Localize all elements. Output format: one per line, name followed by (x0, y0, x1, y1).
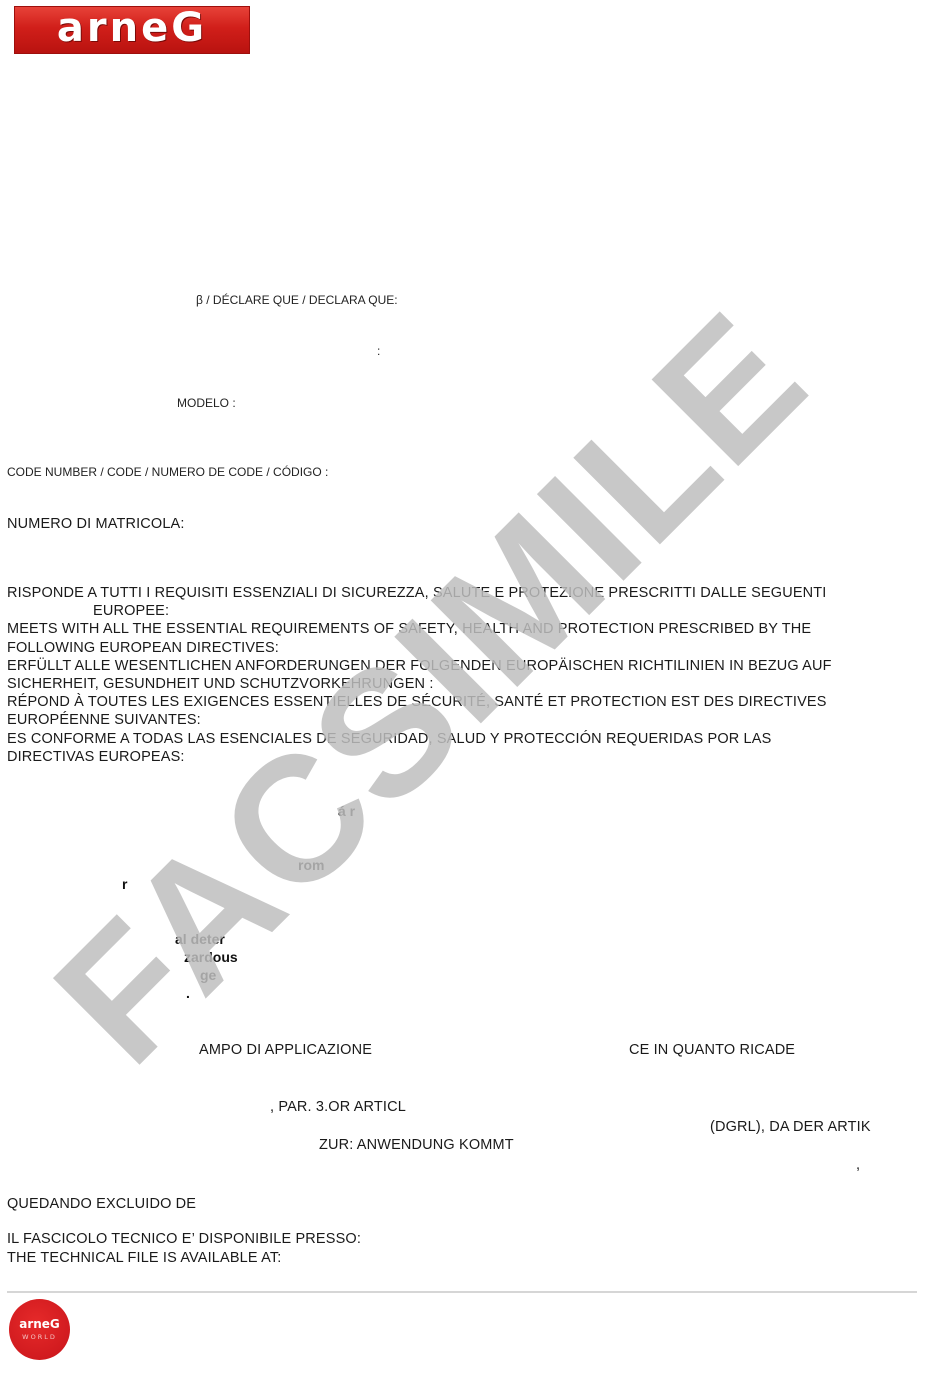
declares-label: β / DÉCLARE QUE / DECLARA QUE: (196, 293, 398, 307)
footer-divider (7, 1291, 917, 1293)
obscured-fragment: . (186, 985, 190, 1001)
req-line: EUROPÉENNE SUIVANTES: (7, 711, 917, 729)
world-logo-top: arneG (19, 1318, 60, 1330)
req-line: FOLLOWING EUROPEAN DIRECTIVES: (7, 639, 917, 657)
colon-line: : (377, 344, 380, 358)
req-line: RÉPOND À TOUTES LES EXIGENCES ESSENTIELL… (7, 693, 917, 711)
req-line: ES CONFORME A TODAS LAS ESENCIALES DE SE… (7, 730, 917, 748)
req-line: ERFÜLLT ALLE WESENTLICHEN ANFORDERUNGEN … (7, 657, 917, 675)
excluded-label: QUEDANDO EXCLUIDO DE (7, 1196, 196, 1212)
arneg-world-logo: arneG WORLD (9, 1299, 70, 1360)
req-line: RISPONDE A TUTTI I REQUISITI ESSENZIALI … (7, 584, 917, 602)
scope-line4: , (856, 1157, 860, 1173)
obscured-fragment: zardous (184, 949, 238, 965)
logo-text: arneG (57, 8, 207, 48)
world-logo-bottom: WORLD (22, 1333, 57, 1341)
scope-line1-left: AMPO DI APPLICAZIONE (199, 1042, 372, 1058)
req-line: EUROPEE: (7, 602, 917, 620)
scope-line3: ZUR: ANWENDUNG KOMMT (319, 1137, 514, 1153)
model-label: MODELO : (177, 396, 236, 410)
obscured-fragment: á r (338, 803, 355, 819)
scope-line2-right: (DGRL), DA DER ARTIK (710, 1119, 871, 1135)
obscured-fragment: r (122, 876, 127, 892)
scope-line1-right: CE IN QUANTO RICADE (629, 1042, 795, 1058)
req-line: DIRECTIVAS EUROPEAS: (7, 748, 917, 766)
obscured-fragment: ge (200, 967, 216, 983)
arneg-logo: arneG (14, 6, 250, 54)
scope-line2-left: , PAR. 3.OR ARTICL (270, 1099, 406, 1115)
code-label: CODE NUMBER / CODE / NUMERO DE CODE / CÓ… (7, 465, 328, 479)
requirements-text: RISPONDE A TUTTI I REQUISITI ESSENZIALI … (7, 584, 917, 766)
technical-file-en: THE TECHNICAL FILE IS AVAILABLE AT: (7, 1250, 281, 1266)
technical-file-it: IL FASCICOLO TECNICO E’ DISPONIBILE PRES… (7, 1231, 361, 1247)
serial-number-label: NUMERO DI MATRICOLA: (7, 516, 185, 532)
obscured-fragment: al deter (175, 931, 225, 947)
obscured-fragment: rom (298, 857, 324, 873)
req-line: SICHERHEIT, GESUNDHEIT UND SCHUTZVORKEHR… (7, 675, 917, 693)
req-line: MEETS WITH ALL THE ESSENTIAL REQUIREMENT… (7, 620, 917, 638)
